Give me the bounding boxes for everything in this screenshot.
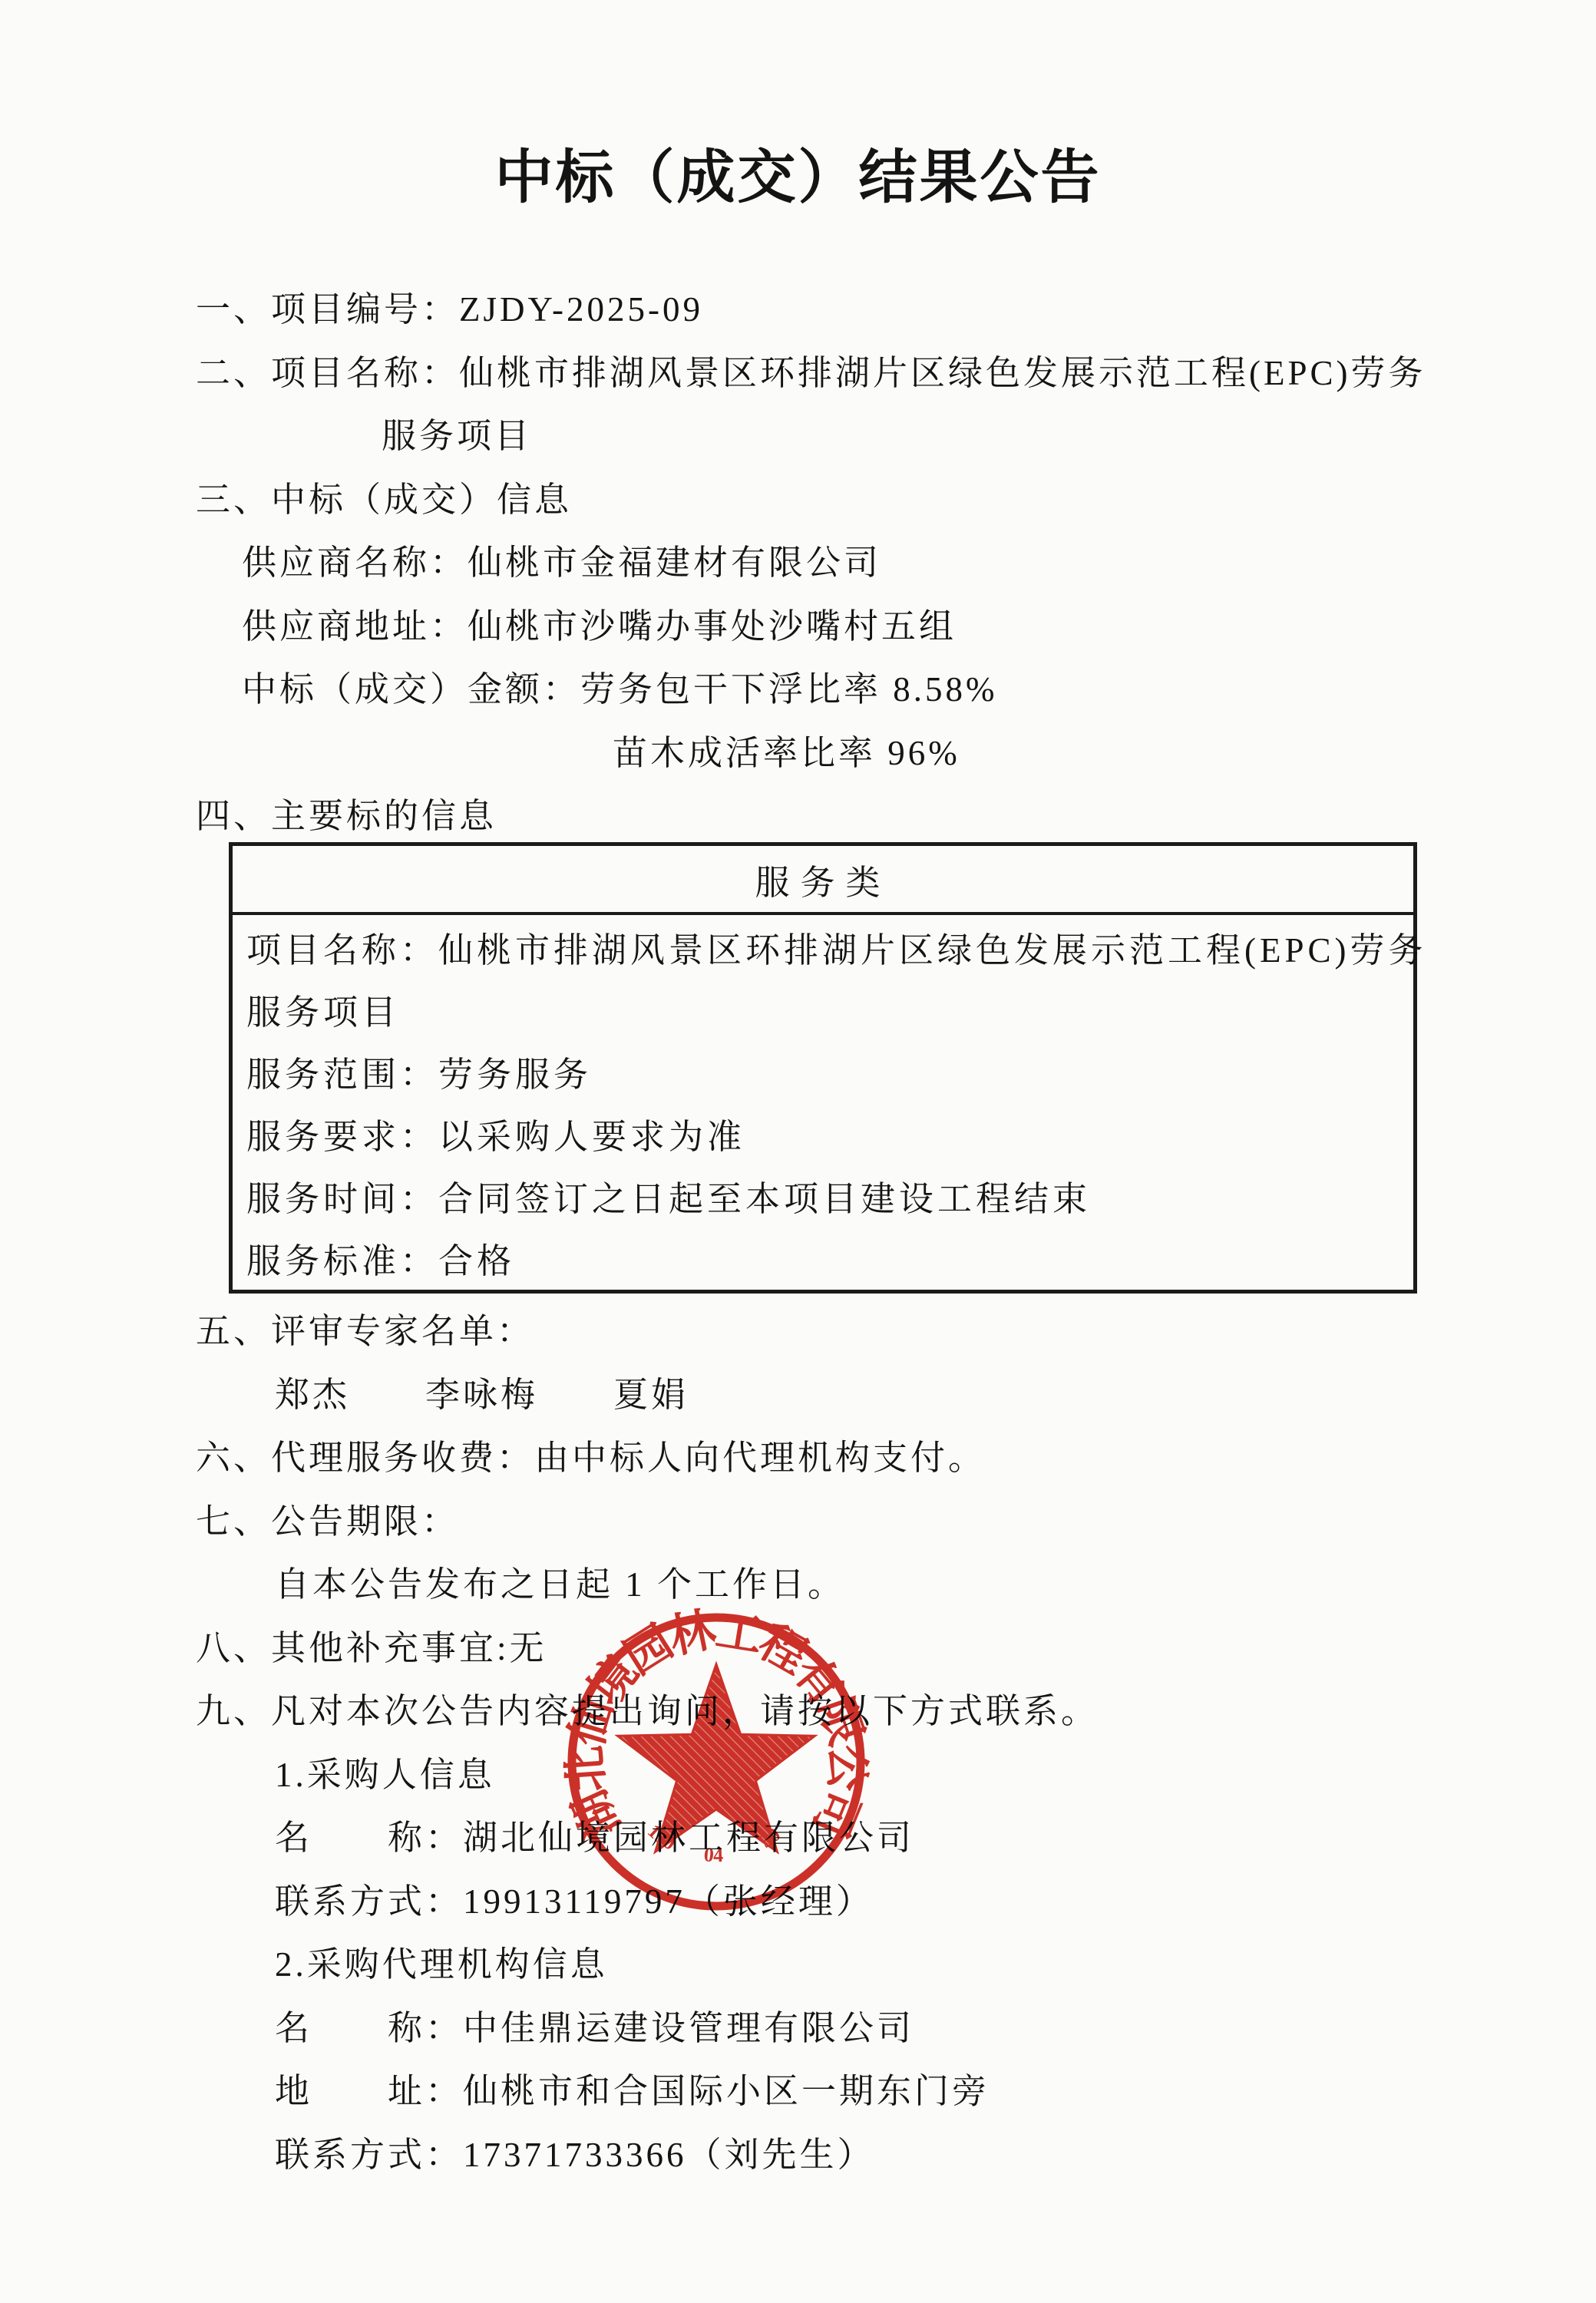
table-row-service-time: 服务时间：合同签订之日起至本项目建设工程结束 — [246, 1168, 1399, 1231]
doc-line-supplier-address: 供应商地址：仙桃市沙嘴办事处沙嘴村五组 — [0, 595, 1596, 659]
table-row-service-standard: 服务标准：合格 — [246, 1231, 1399, 1293]
table-row-service-require: 服务要求：以采购人要求为准 — [246, 1106, 1399, 1168]
doc-line-agent-phone: 联系方式：17371733366（刘先生） — [0, 2123, 1596, 2187]
page-title: 中标（成交）结果公告 — [0, 131, 1596, 214]
subject-info-table: 服务类 项目名称：仙桃市排湖风景区环排湖片区绿色发展示范工程(EPC)劳务 服务… — [229, 842, 1417, 1294]
doc-line-agency-fee: 六、代理服务收费：由中标人向代理机构支付。 — [0, 1426, 1596, 1490]
doc-line-project-number: 一、项目编号：ZJDY-2025-09 — [0, 278, 1596, 342]
seal-serial-mid: 04 — [703, 1843, 724, 1866]
doc-line-agent-name: 名 称：中佳鼎运建设管理有限公司 — [0, 1997, 1596, 2060]
doc-line-supplier-name: 供应商名称：仙桃市金福建材有限公司 — [0, 531, 1596, 595]
doc-line-agent-address: 地 址：仙桃市和合国际小区一期东门旁 — [0, 2060, 1596, 2123]
doc-line-notice-period: 七、公告期限： — [0, 1490, 1596, 1554]
star-icon — [618, 1664, 815, 1852]
table-body: 项目名称：仙桃市排湖风景区环排湖片区绿色发展示范工程(EPC)劳务 服务项目 服… — [233, 915, 1413, 1293]
seal-serial-text-mid: 04 — [703, 1843, 724, 1866]
table-row-service-scope: 服务范围：劳务服务 — [246, 1044, 1399, 1106]
doc-line-award-info-head: 三、中标（成交）信息 — [0, 468, 1596, 532]
company-seal: 湖北仙境园林工程有限公司 130 04 30 — [532, 1578, 900, 1946]
doc-line-experts-head: 五、评审专家名单： — [0, 1300, 1596, 1363]
document-body-upper: 一、项目编号：ZJDY-2025-09 二、项目名称：仙桃市排湖风景区环排湖片区… — [0, 278, 1596, 848]
doc-line-project-name: 二、项目名称：仙桃市排湖风景区环排湖片区绿色发展示范工程(EPC)劳务 — [0, 342, 1596, 405]
table-header-service-class: 服务类 — [233, 846, 1413, 915]
table-row-project-name: 项目名称：仙桃市排湖风景区环排湖片区绿色发展示范工程(EPC)劳务 — [246, 920, 1399, 982]
doc-line-survival-rate: 苗木成活率比率 96% — [0, 722, 1596, 785]
scanned-document-page: { "meta": { "ink_color": "#141414", "pap… — [0, 0, 1596, 2303]
table-row-project-name-wrap: 服务项目 — [246, 982, 1399, 1044]
doc-line-subject-info-head: 四、主要标的信息 — [0, 785, 1596, 848]
doc-line-project-name-wrap: 服务项目 — [0, 405, 1596, 468]
doc-line-award-amount: 中标（成交）金额：劳务包干下浮比率 8.58% — [0, 658, 1596, 722]
doc-line-experts-names: 郑杰 李咏梅 夏娟 — [0, 1363, 1596, 1427]
